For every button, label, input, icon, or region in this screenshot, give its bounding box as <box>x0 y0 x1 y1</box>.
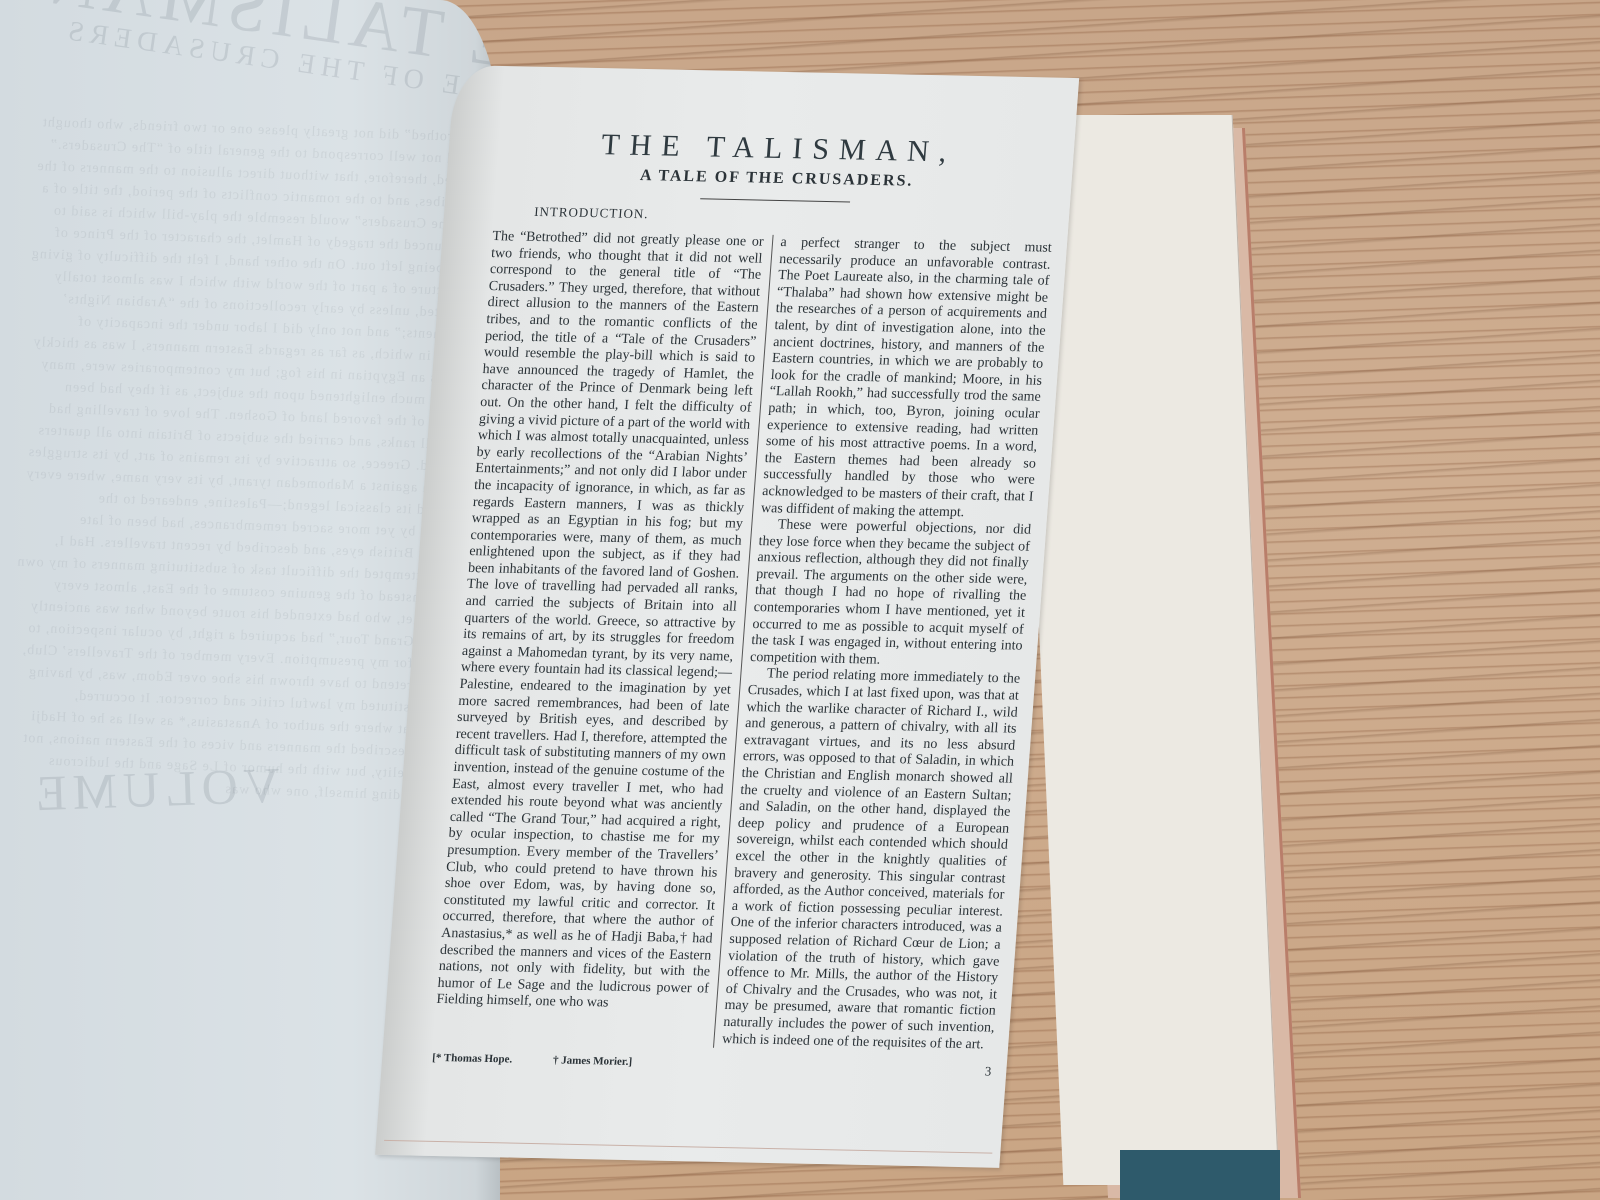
page-bottom-edge <box>384 1140 992 1154</box>
page-number: 3 <box>984 1064 992 1080</box>
paragraph: The “Betrothed” did not greatly please o… <box>436 229 764 1014</box>
text-columns: The “Betrothed” did not greatly please o… <box>433 229 1052 1054</box>
footnotes: [* Thomas Hope. † James Morier.] <box>431 1052 670 1073</box>
book-cloth-cover <box>1120 1150 1280 1200</box>
title-rule <box>700 198 850 202</box>
paragraph: The period relating more immediately to … <box>721 666 1020 1053</box>
paragraph: These were powerful objections, nor did … <box>749 517 1031 672</box>
footnote-2: † James Morier.] <box>552 1054 632 1068</box>
page-content: THE TALISMAN, A TALE OF THE CRUSADERS. I… <box>431 126 1059 1080</box>
right-page: THE TALISMAN, A TALE OF THE CRUSADERS. I… <box>375 65 1079 1168</box>
page-footer: [* Thomas Hope. † James Morier.] 3 <box>431 1052 991 1080</box>
paragraph: a perfect stranger to the subject must n… <box>760 235 1052 523</box>
ghost-volume: VOLUME <box>29 756 281 823</box>
right-column: a perfect stranger to the subject must n… <box>713 235 1052 1054</box>
section-heading: INTRODUCTION. <box>534 204 1054 231</box>
footnote-1: [* Thomas Hope. <box>432 1052 513 1066</box>
